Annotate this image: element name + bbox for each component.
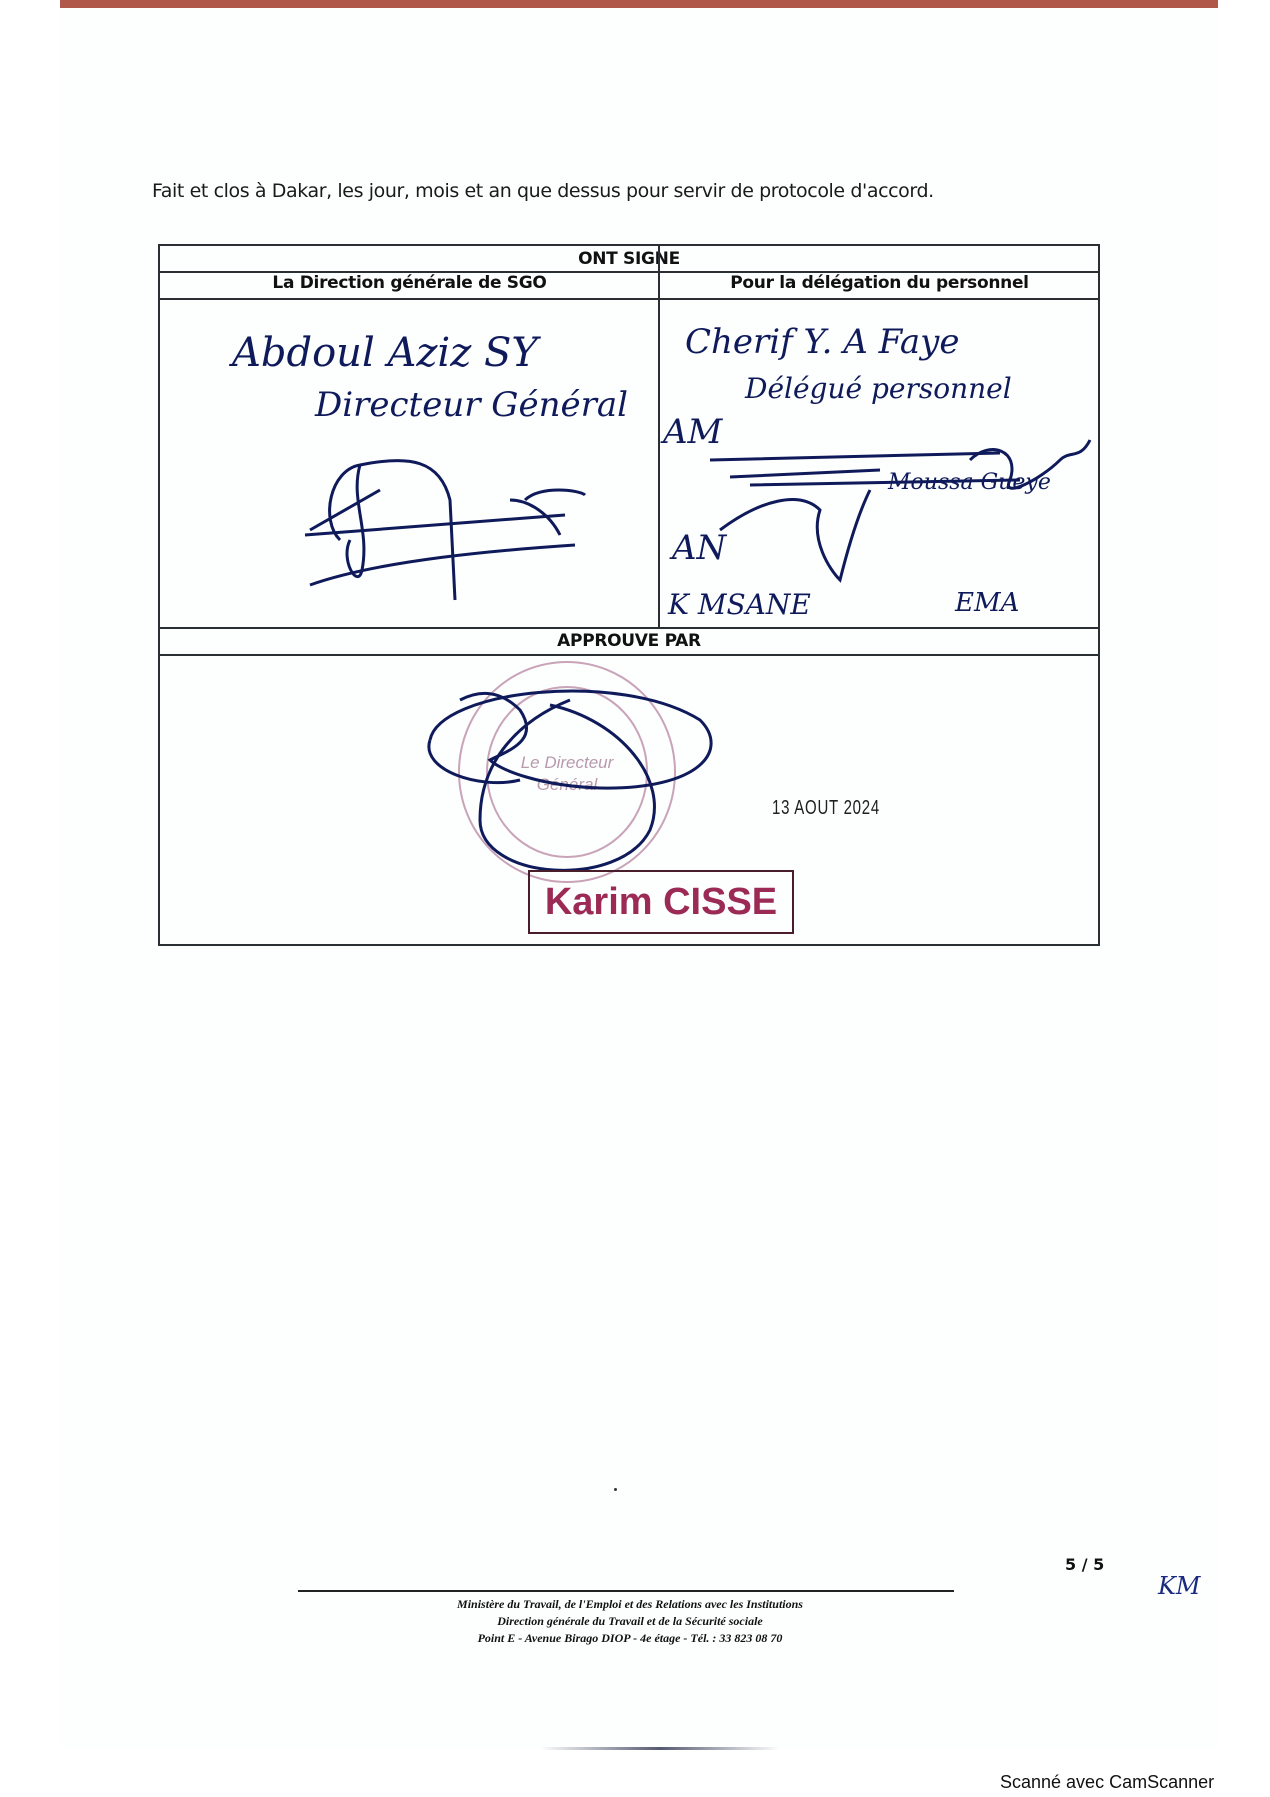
left-signatory-name: Abdoul Aziz SY [232,330,538,376]
delegates-signature-scribbles [700,430,1100,590]
date-stamp: 13 AOUT 2024 [772,797,880,820]
table-divider [160,654,1098,656]
camscanner-watermark: Scanné avec CamScanner [1000,1772,1214,1793]
right-column-header: Pour la délégation du personnel [659,273,1100,293]
handwritten-initials: KM [1158,1572,1201,1600]
footer-rule [298,1590,954,1592]
left-column-header: La Direction générale de SGO [160,273,659,293]
director-signature-scribble [300,440,600,600]
right-signatory-role: Délégué personnel [745,372,1012,405]
right-signatory-1: Cherif Y. A Faye [685,322,959,362]
table-divider [160,298,1098,300]
page-number: 5 / 5 [1065,1555,1104,1574]
name-stamp: Karim CISSE [528,870,794,934]
footer-line-1: Ministère du Travail, de l'Emploi et des… [280,1596,980,1613]
closing-statement: Fait et clos à Dakar, les jour, mois et … [152,180,934,202]
scan-bottom-edge [540,1747,780,1750]
footer-line-2: Direction générale du Travail et de la S… [280,1613,980,1630]
footer-address: Ministère du Travail, de l'Emploi et des… [280,1596,980,1647]
right-signatory-ema: EMA [955,588,1019,618]
table-title: ONT SIGNE [160,249,1098,269]
ink-speck [614,1488,617,1491]
approval-header: APPROUVE PAR [160,631,1098,651]
left-signatory-title: Directeur Général [315,385,628,425]
table-divider [160,627,1098,629]
footer-line-3: Point E - Avenue Birago DIOP - 4e étage … [280,1630,980,1647]
approval-signature-loops [420,680,730,900]
right-signatory-msane: K MSANE [668,588,811,621]
column-divider [658,246,660,629]
